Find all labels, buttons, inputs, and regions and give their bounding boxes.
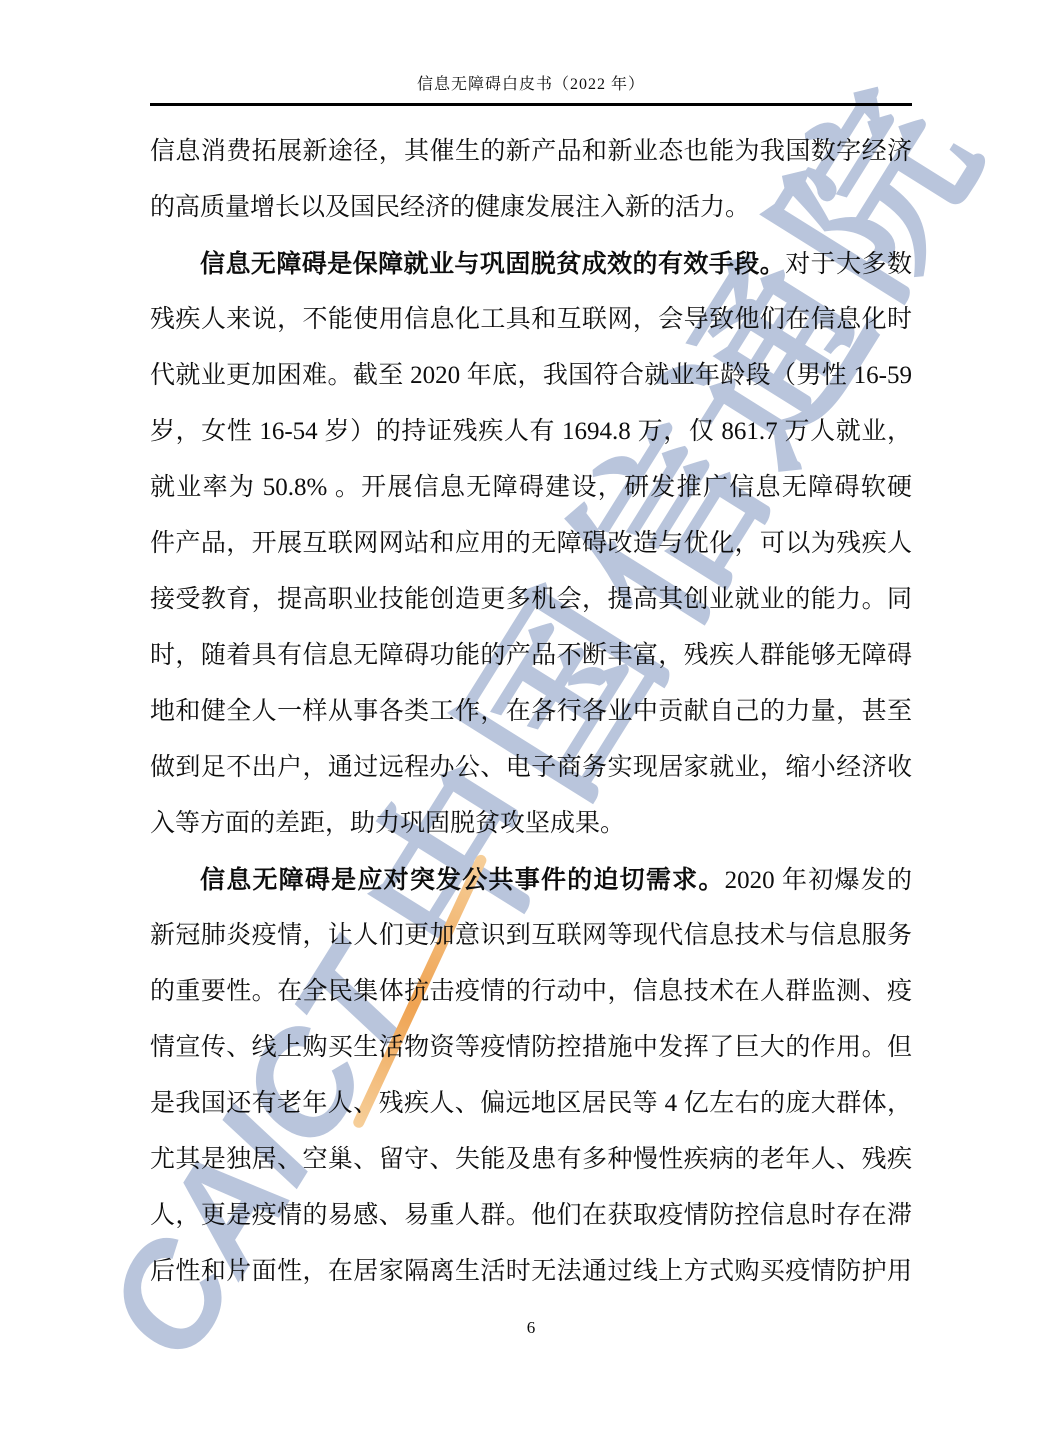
bold-lead-text: 信息无障碍是应对突发公共事件的迫切需求。 xyxy=(200,866,725,894)
body-text-segment: 地和健全人一样从事各类工作，在各行各业中贡献自己的力量，甚至 xyxy=(150,698,912,725)
body-text-segment: 尤其是独居、空巢、留守、失能及患有多种慢性疾病的老年人、残疾 xyxy=(150,1146,912,1173)
body-text-segment: 接受教育，提高职业技能创造更多机会，提高其创业就业的能力。同 xyxy=(150,586,912,613)
page-header: 信息无障碍白皮书（2022 年） xyxy=(150,0,912,106)
body-line: 尤其是独居、空巢、留守、失能及患有多种慢性疾病的老年人、残疾 xyxy=(150,1132,912,1188)
body-line: 岁，女性 16-54 岁）的持证残疾人有 1694.8 万，仅 861.7 万人… xyxy=(150,404,912,460)
body-line: 信息无障碍是应对突发公共事件的迫切需求。2020 年初爆发的 xyxy=(150,852,912,908)
bold-lead-text: 信息无障碍是保障就业与巩固脱贫成效的有效手段。 xyxy=(200,250,785,278)
body-text-segment: 件产品，开展互联网网站和应用的无障碍改造与优化，可以为残疾人 xyxy=(150,530,912,557)
header-rule xyxy=(150,103,912,106)
body-text-segment: 岁，女性 16-54 岁）的持证残疾人有 1694.8 万，仅 861.7 万人… xyxy=(150,418,912,445)
document-page: CAICT 中国信通院 信息无障碍白皮书（2022 年） 信息消费拓展新途径，其… xyxy=(0,0,1062,1440)
body-line: 的重要性。在全民集体抗击疫情的行动中，信息技术在人群监测、疫 xyxy=(150,964,912,1020)
body-line: 的高质量增长以及国民经济的健康发展注入新的活力。 xyxy=(150,180,912,236)
body-text-segment: 入等方面的差距，助力巩固脱贫攻坚成果。 xyxy=(150,810,625,837)
body-text-segment: 对于大多数 xyxy=(785,251,912,278)
body-line: 时，随着具有信息无障碍功能的产品不断丰富，残疾人群能够无障碍 xyxy=(150,628,912,684)
body-text-segment: 人，更是疫情的易感、易重人群。他们在获取疫情防控信息时存在滞 xyxy=(150,1202,912,1229)
body-text-segment: 的高质量增长以及国民经济的健康发展注入新的活力。 xyxy=(150,194,750,221)
body-line: 地和健全人一样从事各类工作，在各行各业中贡献自己的力量，甚至 xyxy=(150,684,912,740)
body-text-segment: 就业率为 50.8% 。开展信息无障碍建设，研发推广信息无障碍软硬 xyxy=(150,474,912,501)
body-line: 新冠肺炎疫情，让人们更加意识到互联网等现代信息技术与信息服务 xyxy=(150,908,912,964)
body-line: 入等方面的差距，助力巩固脱贫攻坚成果。 xyxy=(150,796,912,852)
body-text-segment: 代就业更加困难。截至 2020 年底，我国符合就业年龄段（男性 16-59 xyxy=(150,362,912,389)
body-line: 接受教育，提高职业技能创造更多机会，提高其创业就业的能力。同 xyxy=(150,572,912,628)
body-line: 信息消费拓展新途径，其催生的新产品和新业态也能为我国数字经济 xyxy=(150,124,912,180)
body-line: 件产品，开展互联网网站和应用的无障碍改造与优化，可以为残疾人 xyxy=(150,516,912,572)
body-line: 是我国还有老年人、残疾人、偏远地区居民等 4 亿左右的庞大群体， xyxy=(150,1076,912,1132)
body-text-segment: 后性和片面性，在居家隔离生活时无法通过线上方式购买疫情防护用 xyxy=(150,1258,912,1285)
body-line: 做到足不出户，通过远程办公、电子商务实现居家就业，缩小经济收 xyxy=(150,740,912,796)
body-line: 情宣传、线上购买生活物资等疫情防控措施中发挥了巨大的作用。但 xyxy=(150,1020,912,1076)
body-text-segment: 的重要性。在全民集体抗击疫情的行动中，信息技术在人群监测、疫 xyxy=(150,978,912,1005)
body-text-segment: 信息消费拓展新途径，其催生的新产品和新业态也能为我国数字经济 xyxy=(150,138,912,165)
body-text-segment: 做到足不出户，通过远程办公、电子商务实现居家就业，缩小经济收 xyxy=(150,754,912,781)
body-text-segment: 新冠肺炎疫情，让人们更加意识到互联网等现代信息技术与信息服务 xyxy=(150,922,912,949)
body-text-segment: 情宣传、线上购买生活物资等疫情防控措施中发挥了巨大的作用。但 xyxy=(150,1034,912,1061)
body-line: 人，更是疫情的易感、易重人群。他们在获取疫情防控信息时存在滞 xyxy=(150,1188,912,1244)
body-text-segment: 残疾人来说，不能使用信息化工具和互联网，会导致他们在信息化时 xyxy=(150,306,912,333)
body-line: 后性和片面性，在居家隔离生活时无法通过线上方式购买疫情防护用 xyxy=(150,1244,912,1300)
header-title: 信息无障碍白皮书（2022 年） xyxy=(150,71,912,94)
body-line: 信息无障碍是保障就业与巩固脱贫成效的有效手段。对于大多数 xyxy=(150,236,912,292)
body-text: 信息消费拓展新途径，其催生的新产品和新业态也能为我国数字经济的高质量增长以及国民… xyxy=(150,124,912,1300)
body-line: 就业率为 50.8% 。开展信息无障碍建设，研发推广信息无障碍软硬 xyxy=(150,460,912,516)
page-footer: 6 xyxy=(0,1318,1062,1338)
body-text-segment: 是我国还有老年人、残疾人、偏远地区居民等 4 亿左右的庞大群体， xyxy=(150,1090,912,1117)
page-number: 6 xyxy=(527,1318,536,1337)
body-text-segment: 时，随着具有信息无障碍功能的产品不断丰富，残疾人群能够无障碍 xyxy=(150,642,912,669)
body-line: 残疾人来说，不能使用信息化工具和互联网，会导致他们在信息化时 xyxy=(150,292,912,348)
body-line: 代就业更加困难。截至 2020 年底，我国符合就业年龄段（男性 16-59 xyxy=(150,348,912,404)
body-text-segment: 2020 年初爆发的 xyxy=(725,867,912,894)
